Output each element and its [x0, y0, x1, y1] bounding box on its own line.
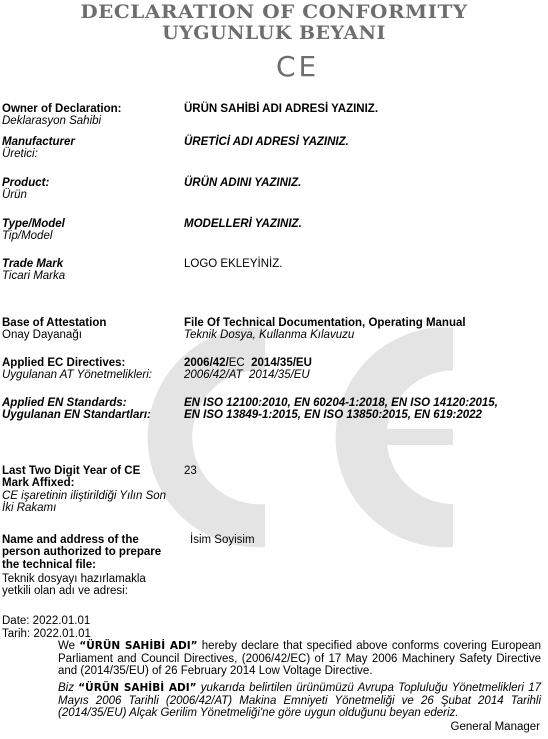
tech-file-label-line3: the technical file: [2, 559, 96, 572]
tech-file-label-line1: Name and address of the [2, 534, 139, 547]
ce-year-label-line1: Last Two Digit Year of CE [2, 465, 140, 478]
trade-mark-label: Trade Mark [2, 258, 63, 271]
manufacturer-value: ÜRETİCİ ADI ADRESİ YAZINIZ. [184, 136, 349, 149]
type-model-label-tr: Tip/Model [2, 230, 52, 243]
base-attestation-label: Base of Attestation [2, 317, 106, 330]
owner-label-tr: Deklarasyon Sahibi [2, 115, 101, 128]
ce-year-label-line2: Mark Affixed: [2, 477, 74, 490]
en-standards-label: Applied EN Standards: [2, 397, 127, 410]
ec-directive-1a: 2006/42/ [184, 357, 229, 369]
tech-file-label-tr-line2: yetkili olan adı ve adresi: [2, 585, 128, 598]
base-attestation-value-tr: Teknik Dosya, Kullanma Kılavuzu [184, 329, 354, 342]
ec-directive-1b: EC [229, 357, 245, 369]
ce-mark-icon: CE [276, 50, 319, 83]
ec-directives-label: Applied EC Directives: [2, 357, 125, 370]
declaration-en: We “ÜRÜN SAHİBİ ADI” hereby declare that… [58, 640, 541, 678]
declaration-en-prefix: We [58, 640, 79, 652]
date-en: Date: 2022.01.01 [2, 615, 90, 628]
type-model-label: Type/Model [2, 218, 65, 231]
ce-year-label-tr-line2: İki Rakamı [2, 502, 56, 515]
base-attestation-label-tr: Onay Dayanağı [2, 329, 82, 342]
product-value: ÜRÜN ADINI YAZINIZ. [184, 177, 301, 190]
ec-directive-2: 2014/35/EU [245, 357, 312, 369]
ce-year-label-tr-line1: CE işaretinin iliştirildiği Yılın Son [2, 490, 166, 503]
manufacturer-label-tr: Üretici: [2, 148, 38, 161]
title-turkish: UYGUNLUK BEYANI [0, 22, 548, 44]
ec-directives-value-tr: 2006/42/AT 2014/35/EU [184, 369, 310, 382]
owner-label: Owner of Declaration: [2, 103, 122, 116]
tech-file-value: İsim Soyisim [190, 534, 255, 547]
ec-directives-label-tr: Uygulanan AT Yönetmelikleri: [2, 369, 152, 382]
ec-directives-value: 2006/42/EC 2014/35/EU [184, 357, 312, 370]
owner-value: ÜRÜN SAHİBİ ADI ADRESİ YAZINIZ. [184, 103, 378, 116]
title-english: DECLARATION OF CONFORMITY [0, 1, 548, 23]
signatory-title: General Manager [451, 721, 541, 733]
ce-year-value: 23 [184, 465, 197, 478]
trade-mark-value: LOGO EKLEYİNİZ. [184, 258, 282, 271]
declaration-tr-prefix: Biz [58, 682, 78, 694]
trade-mark-label-tr: Ticari Marka [2, 270, 65, 283]
manufacturer-label: Manufacturer [2, 136, 75, 149]
base-attestation-value: File Of Technical Documentation, Operati… [184, 317, 466, 330]
date-tr: Tarih: 2022.01.01 [2, 628, 91, 641]
product-label: Product: [2, 177, 49, 190]
en-standards-label-tr: Uygulanan EN Standartları: [2, 409, 151, 422]
product-label-tr: Ürün [2, 189, 27, 202]
tech-file-label-tr-line1: Teknik dosyayı hazırlamakla [2, 573, 146, 586]
en-standards-value-line2: EN ISO 13849-1:2015, EN ISO 13850:2015, … [184, 409, 482, 422]
owner-name-quoted: “ÜRÜN SAHİBİ ADI” [79, 640, 197, 652]
tech-file-label-line2: person authorized to prepare [2, 546, 161, 559]
type-model-value: MODELLERİ YAZINIZ. [184, 218, 302, 231]
owner-name-quoted-tr: “ÜRÜN SAHİBİ ADI” [78, 682, 196, 694]
declaration-tr: Biz “ÜRÜN SAHİBİ ADI” yukarıda belirtile… [58, 682, 541, 720]
en-standards-value-line1: EN ISO 12100:2010, EN 60204-1:2018, EN I… [184, 397, 498, 410]
